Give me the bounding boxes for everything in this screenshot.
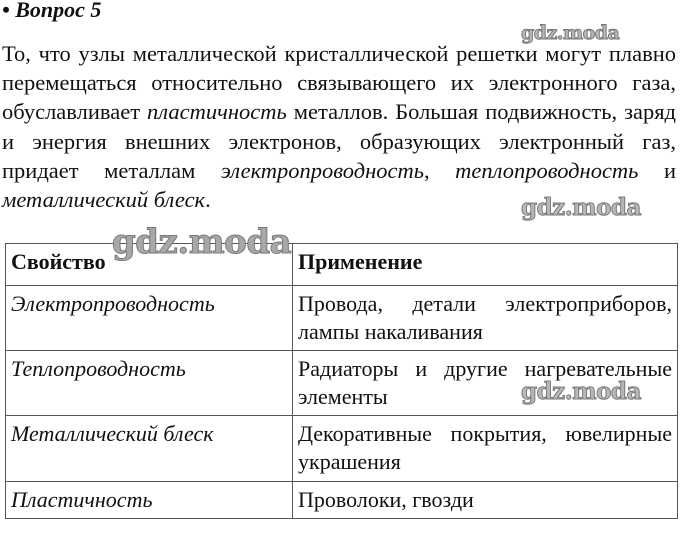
term-plasticity: пластичность bbox=[147, 99, 287, 124]
text-part: , bbox=[424, 158, 455, 183]
text-part: . bbox=[205, 187, 211, 212]
cell-application: Декоративные покрытия, ювелирные украшен… bbox=[293, 416, 678, 482]
watermark: gdz.moda bbox=[521, 22, 619, 44]
cell-property: Электропроводность bbox=[6, 286, 293, 351]
table-row: Пластичность Проволоки, гвозди bbox=[6, 482, 678, 519]
watermark: gdz.moda bbox=[112, 222, 291, 262]
question-heading: • Вопрос 5 bbox=[2, 0, 101, 23]
cell-property: Пластичность bbox=[6, 482, 293, 519]
answer-paragraph: То, что узлы металлической кристаллическ… bbox=[2, 39, 676, 214]
watermark: gdz.moda bbox=[521, 378, 641, 405]
cell-property: Металлический блеск bbox=[6, 416, 293, 482]
watermark: gdz.moda bbox=[521, 194, 641, 221]
cell-application: Провода, детали электроприборов, лампы н… bbox=[293, 286, 678, 351]
term-metallic-luster: металлический блеск bbox=[2, 187, 205, 212]
text-part: и bbox=[638, 158, 676, 183]
term-conductivity: электропроводность bbox=[221, 158, 424, 183]
table-row: Металлический блеск Декоративные покрыти… bbox=[6, 416, 678, 482]
term-thermal-conductivity: теплопроводность bbox=[455, 158, 638, 183]
cell-property: Теплопроводность bbox=[6, 351, 293, 416]
table-row: Электропроводность Провода, детали элект… bbox=[6, 286, 678, 351]
header-application: Применение bbox=[293, 244, 678, 286]
cell-application: Проволоки, гвозди bbox=[293, 482, 678, 519]
table-header-row: Свойство Применение bbox=[6, 244, 678, 286]
